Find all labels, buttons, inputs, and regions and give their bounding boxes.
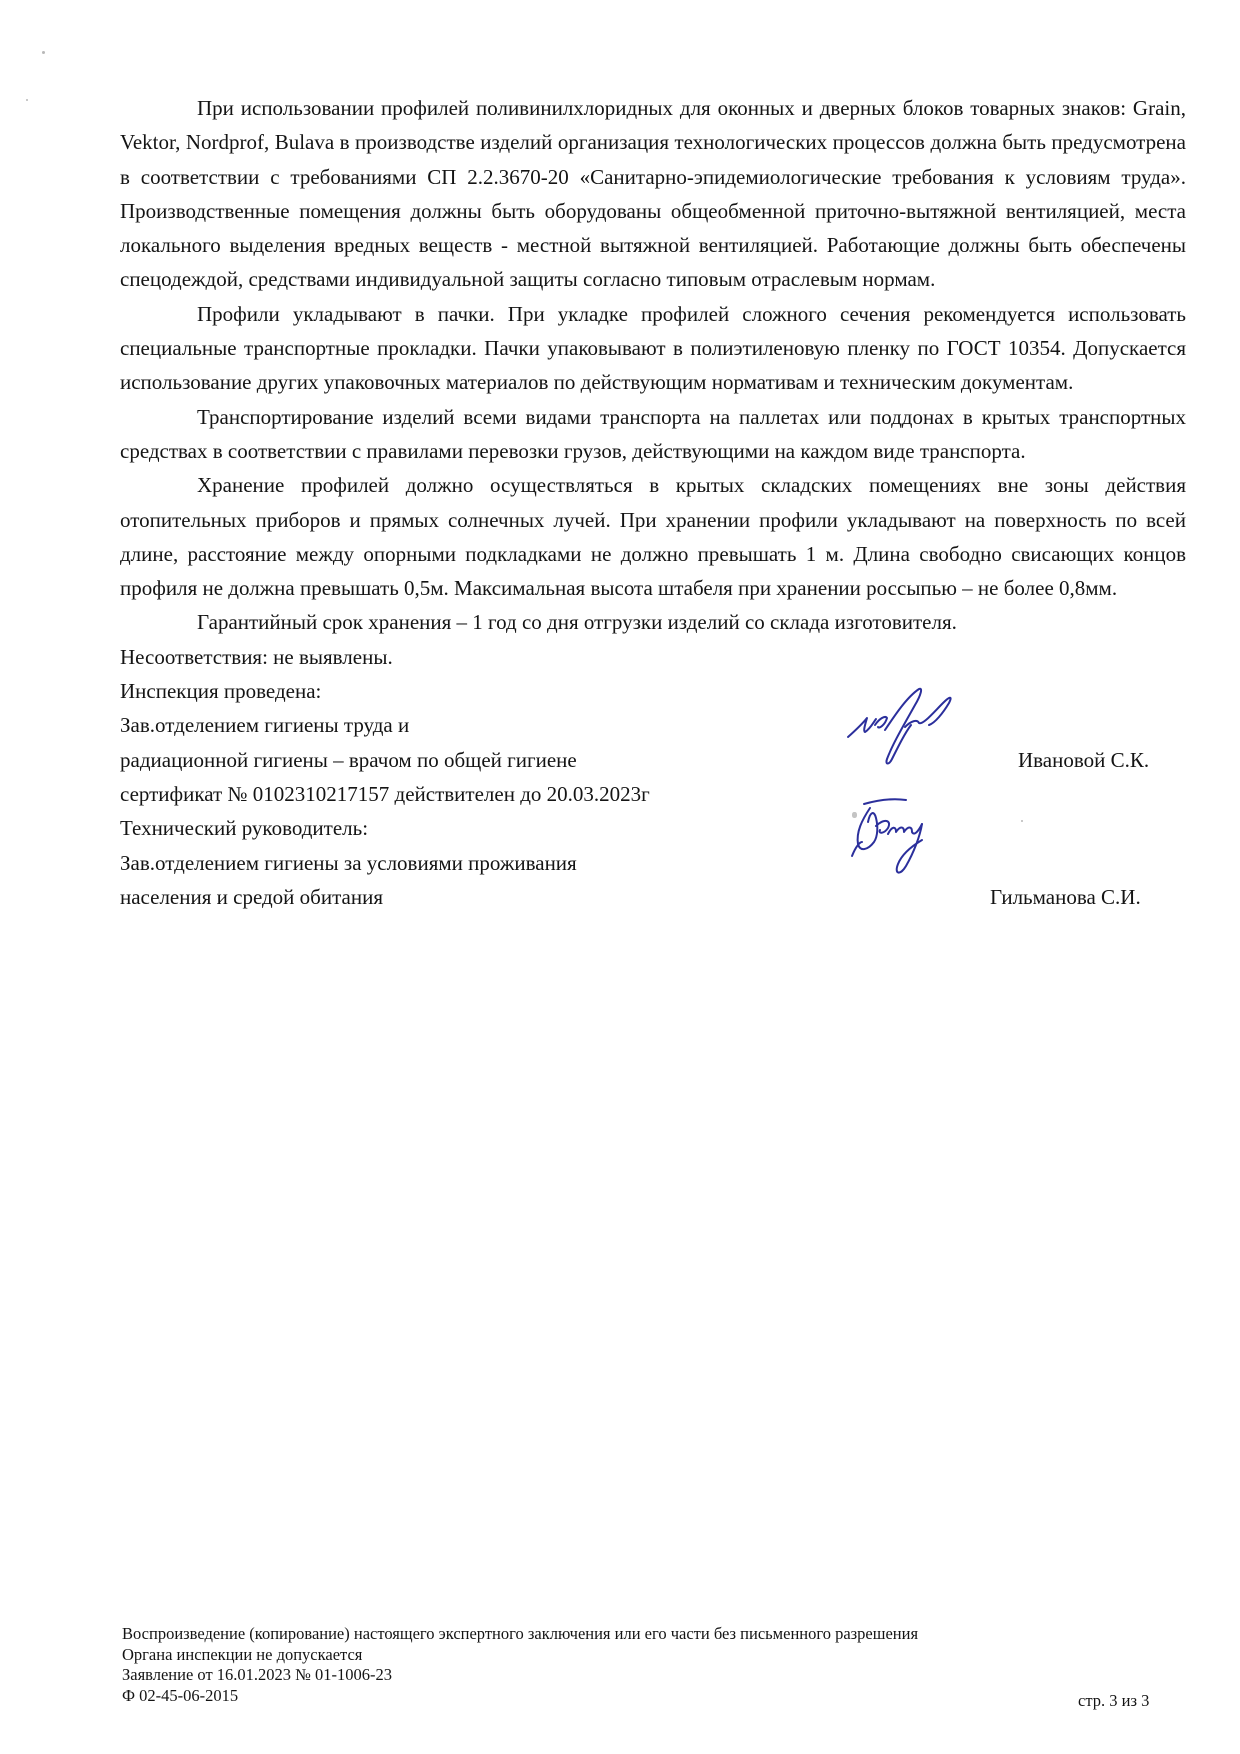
signature-icon — [845, 685, 955, 767]
technical-manager-position-line: Зав.отделением гигиены за условиями прож… — [120, 846, 1186, 880]
paragraph-warranty: Гарантийный срок хранения – 1 год со дня… — [120, 605, 1186, 639]
footer-form-code: Ф 02-45-06-2015 — [122, 1686, 1182, 1707]
paragraph-safety-requirements: При использовании профилей поливинилхлор… — [120, 91, 1186, 297]
inspector-certificate-line: сертификат № 0102310217157 действителен … — [120, 777, 1186, 811]
scan-speck — [42, 51, 45, 54]
paragraph-packaging: Профили укладывают в пачки. При укладке … — [120, 297, 1186, 400]
footer-application-ref: Заявление от 16.01.2023 № 01-1006-23 — [122, 1665, 1182, 1686]
signature-icon — [848, 796, 933, 881]
inspection-heading: Инспекция проведена: — [120, 674, 1186, 708]
inspector-name: Ивановой С.К. — [1018, 743, 1149, 777]
technical-manager-name: Гильманова С.И. — [990, 880, 1141, 914]
page-number: стр. 3 из 3 — [1078, 1691, 1149, 1711]
footer-reproduction-notice-cont: Органа инспекции не допускается — [122, 1645, 1182, 1666]
paragraph-storage: Хранение профилей должно осуществляться … — [120, 468, 1186, 605]
inspector-signature-block: Зав.отделением гигиены труда и радиацион… — [120, 708, 1186, 811]
page-footer: Воспроизведение (копирование) настоящего… — [122, 1624, 1182, 1706]
technical-manager-signature-block: Зав.отделением гигиены за условиями прож… — [120, 846, 1186, 915]
paragraph-transportation: Транспортирование изделий всеми видами т… — [120, 400, 1186, 469]
technical-manager-heading: Технический руководитель: — [120, 811, 1186, 845]
inspector-position-line: Зав.отделением гигиены труда и — [120, 708, 1186, 742]
document-body: При использовании профилей поливинилхлор… — [120, 91, 1186, 914]
nonconformities-statement: Несоответствия: не выявлены. — [120, 640, 1186, 674]
footer-reproduction-notice: Воспроизведение (копирование) настоящего… — [122, 1624, 1182, 1645]
scan-speck — [26, 99, 28, 101]
